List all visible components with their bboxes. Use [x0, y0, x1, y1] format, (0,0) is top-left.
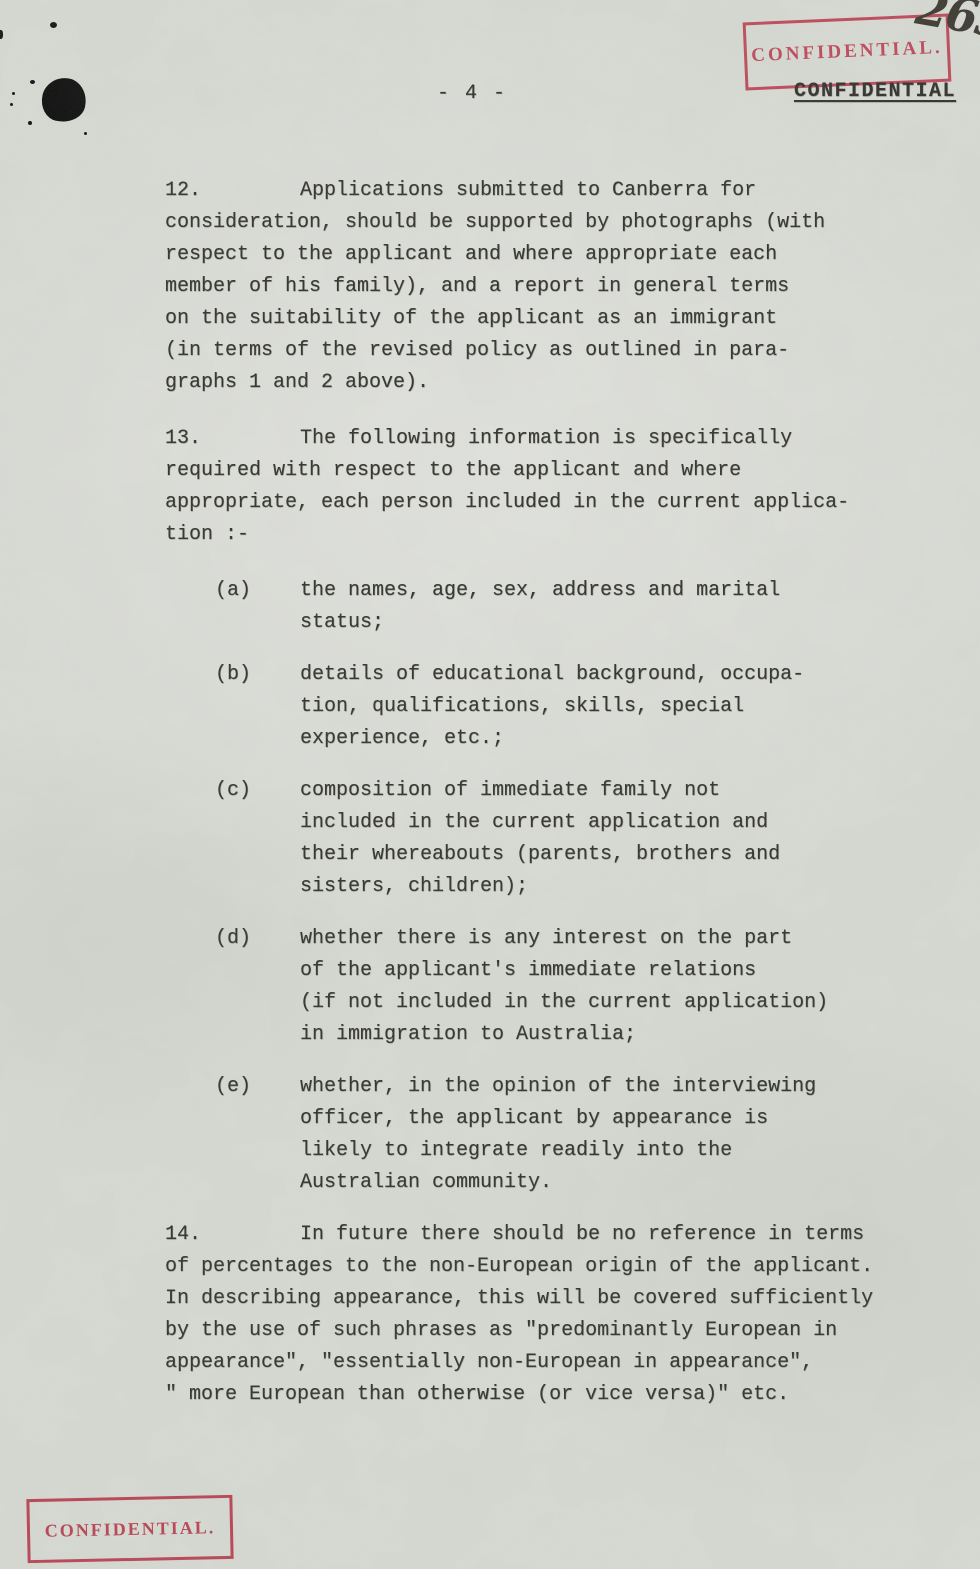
text-line: whether there is any interest on the par…: [300, 927, 792, 950]
text-line: the names, age, sex, address and marital: [300, 579, 780, 602]
ink-speck: [30, 80, 35, 84]
text-line: likely to integrate readily into the: [300, 1139, 732, 1162]
confidential-stamp-top-label: CONFIDENTIAL.: [751, 37, 943, 67]
text-line: appearance", "essentially non-European i…: [165, 1351, 813, 1374]
text-line: by the use of such phrases as "predomina…: [165, 1319, 837, 1342]
text-line: whether, in the opinion of the interview…: [300, 1075, 816, 1098]
text-line: Australian community.: [300, 1171, 552, 1194]
ink-speck: [0, 30, 3, 39]
text-line: " more European than otherwise (or vice …: [165, 1383, 789, 1406]
list-item-e: (e)whether, in the opinion of the interv…: [165, 1071, 895, 1199]
text-line: member of his family), and a report in g…: [165, 275, 789, 298]
text-line: required with respect to the applicant a…: [165, 459, 741, 482]
text-line: details of educational background, occup…: [300, 663, 804, 686]
paragraph-13: 13.The following information is specific…: [165, 423, 895, 551]
item-label: (b): [215, 659, 300, 691]
text-line: experience, etc.;: [300, 727, 504, 750]
ink-blot: [38, 74, 90, 126]
typed-confidential: CONFIDENTIAL: [794, 80, 956, 103]
list-item-b: (b)details of educational background, oc…: [165, 659, 895, 755]
text-line: on the suitability of the applicant as a…: [165, 307, 777, 330]
list-item-a: (a)the names, age, sex, address and mari…: [165, 575, 895, 639]
ink-speck: [28, 121, 32, 125]
item-label: (a): [215, 575, 300, 607]
text-line: In future there should be no reference i…: [300, 1223, 864, 1246]
text-line: (in terms of the revised policy as outli…: [165, 339, 789, 362]
text-line: tion, qualifications, skills, special: [300, 695, 744, 718]
list-item-c: (c)composition of immediate family notin…: [165, 775, 895, 903]
document-page: - 4 - CONFIDENTIAL. CONFIDENTIAL 263 12.…: [0, 0, 980, 1569]
confidential-stamp-bottom-label: CONFIDENTIAL.: [45, 1517, 216, 1542]
item-label: (e): [215, 1071, 300, 1103]
item-label: (c): [215, 775, 300, 807]
ink-speck: [12, 92, 15, 95]
text-line: sisters, children);: [300, 875, 528, 898]
text-line: (if not included in the current applicat…: [300, 991, 828, 1014]
document-body: 12.Applications submitted to Canberra fo…: [165, 175, 895, 1435]
ink-speck: [50, 22, 57, 28]
ink-speck: [84, 132, 87, 135]
page-number: - 4 -: [437, 82, 507, 105]
confidential-stamp-bottom: CONFIDENTIAL.: [26, 1495, 233, 1563]
text-line: officer, the applicant by appearance is: [300, 1107, 768, 1130]
text-line: status;: [300, 611, 384, 634]
text-line: in immigration to Australia;: [300, 1023, 636, 1046]
item-label: (d): [215, 923, 300, 955]
text-line: included in the current application and: [300, 811, 768, 834]
paragraph-number: 12.: [165, 175, 300, 207]
ink-speck: [10, 103, 13, 106]
paragraph-12: 12.Applications submitted to Canberra fo…: [165, 175, 895, 399]
list-item-d: (d)whether there is any interest on the …: [165, 923, 895, 1051]
text-line: consideration, should be supported by ph…: [165, 211, 825, 234]
text-line: their whereabouts (parents, brothers and: [300, 843, 780, 866]
paragraph-14: 14.In future there should be no referenc…: [165, 1219, 895, 1411]
text-line: tion :-: [165, 523, 249, 546]
text-line: The following information is specificall…: [300, 427, 792, 450]
text-line: of percentages to the non-European origi…: [165, 1255, 873, 1278]
text-line: graphs 1 and 2 above).: [165, 371, 429, 394]
paragraph-number: 13.: [165, 423, 300, 455]
text-line: In describing appearance, this will be c…: [165, 1287, 873, 1310]
text-line: respect to the applicant and where appro…: [165, 243, 777, 266]
text-line: appropriate, each person included in the…: [165, 491, 849, 514]
text-line: Applications submitted to Canberra for: [300, 179, 756, 202]
text-line: of the applicant's immediate relations: [300, 959, 756, 982]
paragraph-number: 14.: [165, 1219, 300, 1251]
text-line: composition of immediate family not: [300, 779, 720, 802]
